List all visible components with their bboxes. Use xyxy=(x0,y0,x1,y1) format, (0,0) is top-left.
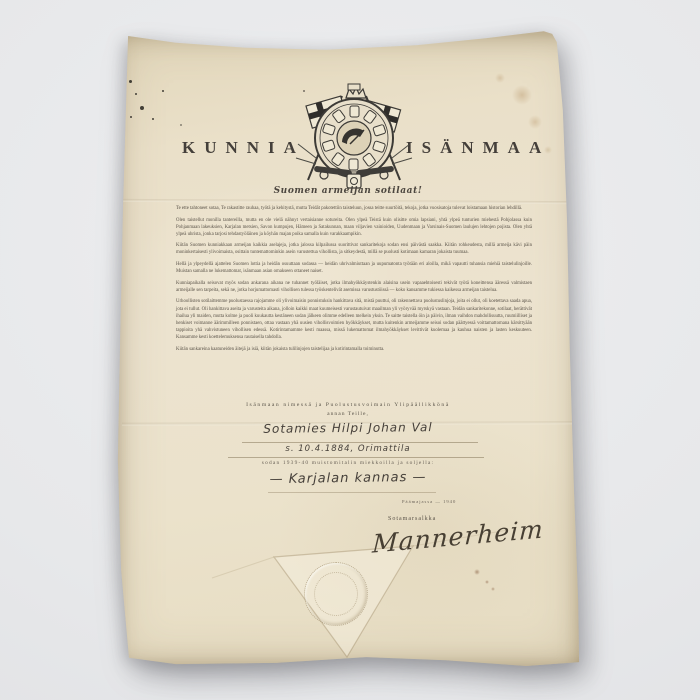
award-intro-line-2: annan Teille, xyxy=(116,411,580,417)
honor-underline xyxy=(268,492,436,493)
title-isanmaa: ISÄNMAA xyxy=(406,138,550,158)
photo-background: KUNNIA ISÄNMAA xyxy=(0,0,700,700)
award-intro-line-1: Isänmaan nimessä ja Puolustusvoimain Yli… xyxy=(116,402,580,408)
body-paragraph: Kiitän Suomen kunniakkaan armeijan kaikk… xyxy=(176,242,532,256)
embossed-seal xyxy=(304,562,368,626)
embossed-seal-inner-ring xyxy=(314,572,358,616)
place-date: Päämajassa — 1940 xyxy=(402,499,456,504)
body-paragraph: Hellä ja ylpeydellä ajattelen Suomen lot… xyxy=(176,261,532,275)
signer-rank: Sotamarsalkka xyxy=(388,516,436,522)
body-paragraph: Kunniapaikalla seisovat myös sodan ankar… xyxy=(176,280,532,294)
salutation: Suomen armeijan sotilaat! xyxy=(116,186,580,196)
document-paper: KUNNIA ISÄNMAA xyxy=(116,30,580,666)
body-paragraph: Urhoollisten sotilaittemme puolustaessa … xyxy=(176,298,532,341)
body-paragraph: Kiitän sankareina kaatuneiden äitejä ja … xyxy=(176,346,532,353)
medal-emblem-icon xyxy=(286,80,422,192)
name-underline xyxy=(242,442,478,443)
recipient-birth: s. 10.4.1884, Orimattila xyxy=(116,444,580,454)
body-paragraph: Te ette tahtoneet sotaa, Te rakastitte r… xyxy=(176,205,532,212)
body-paragraph: Olen taistellut monilla tantereilla, mut… xyxy=(176,217,532,238)
body-text: Te ette tahtoneet sotaa, Te rakastitte r… xyxy=(176,205,532,357)
birth-underline xyxy=(228,457,484,458)
medal-award-line: sodan 1939-40 muistomitalin miekkoilla j… xyxy=(116,460,580,466)
